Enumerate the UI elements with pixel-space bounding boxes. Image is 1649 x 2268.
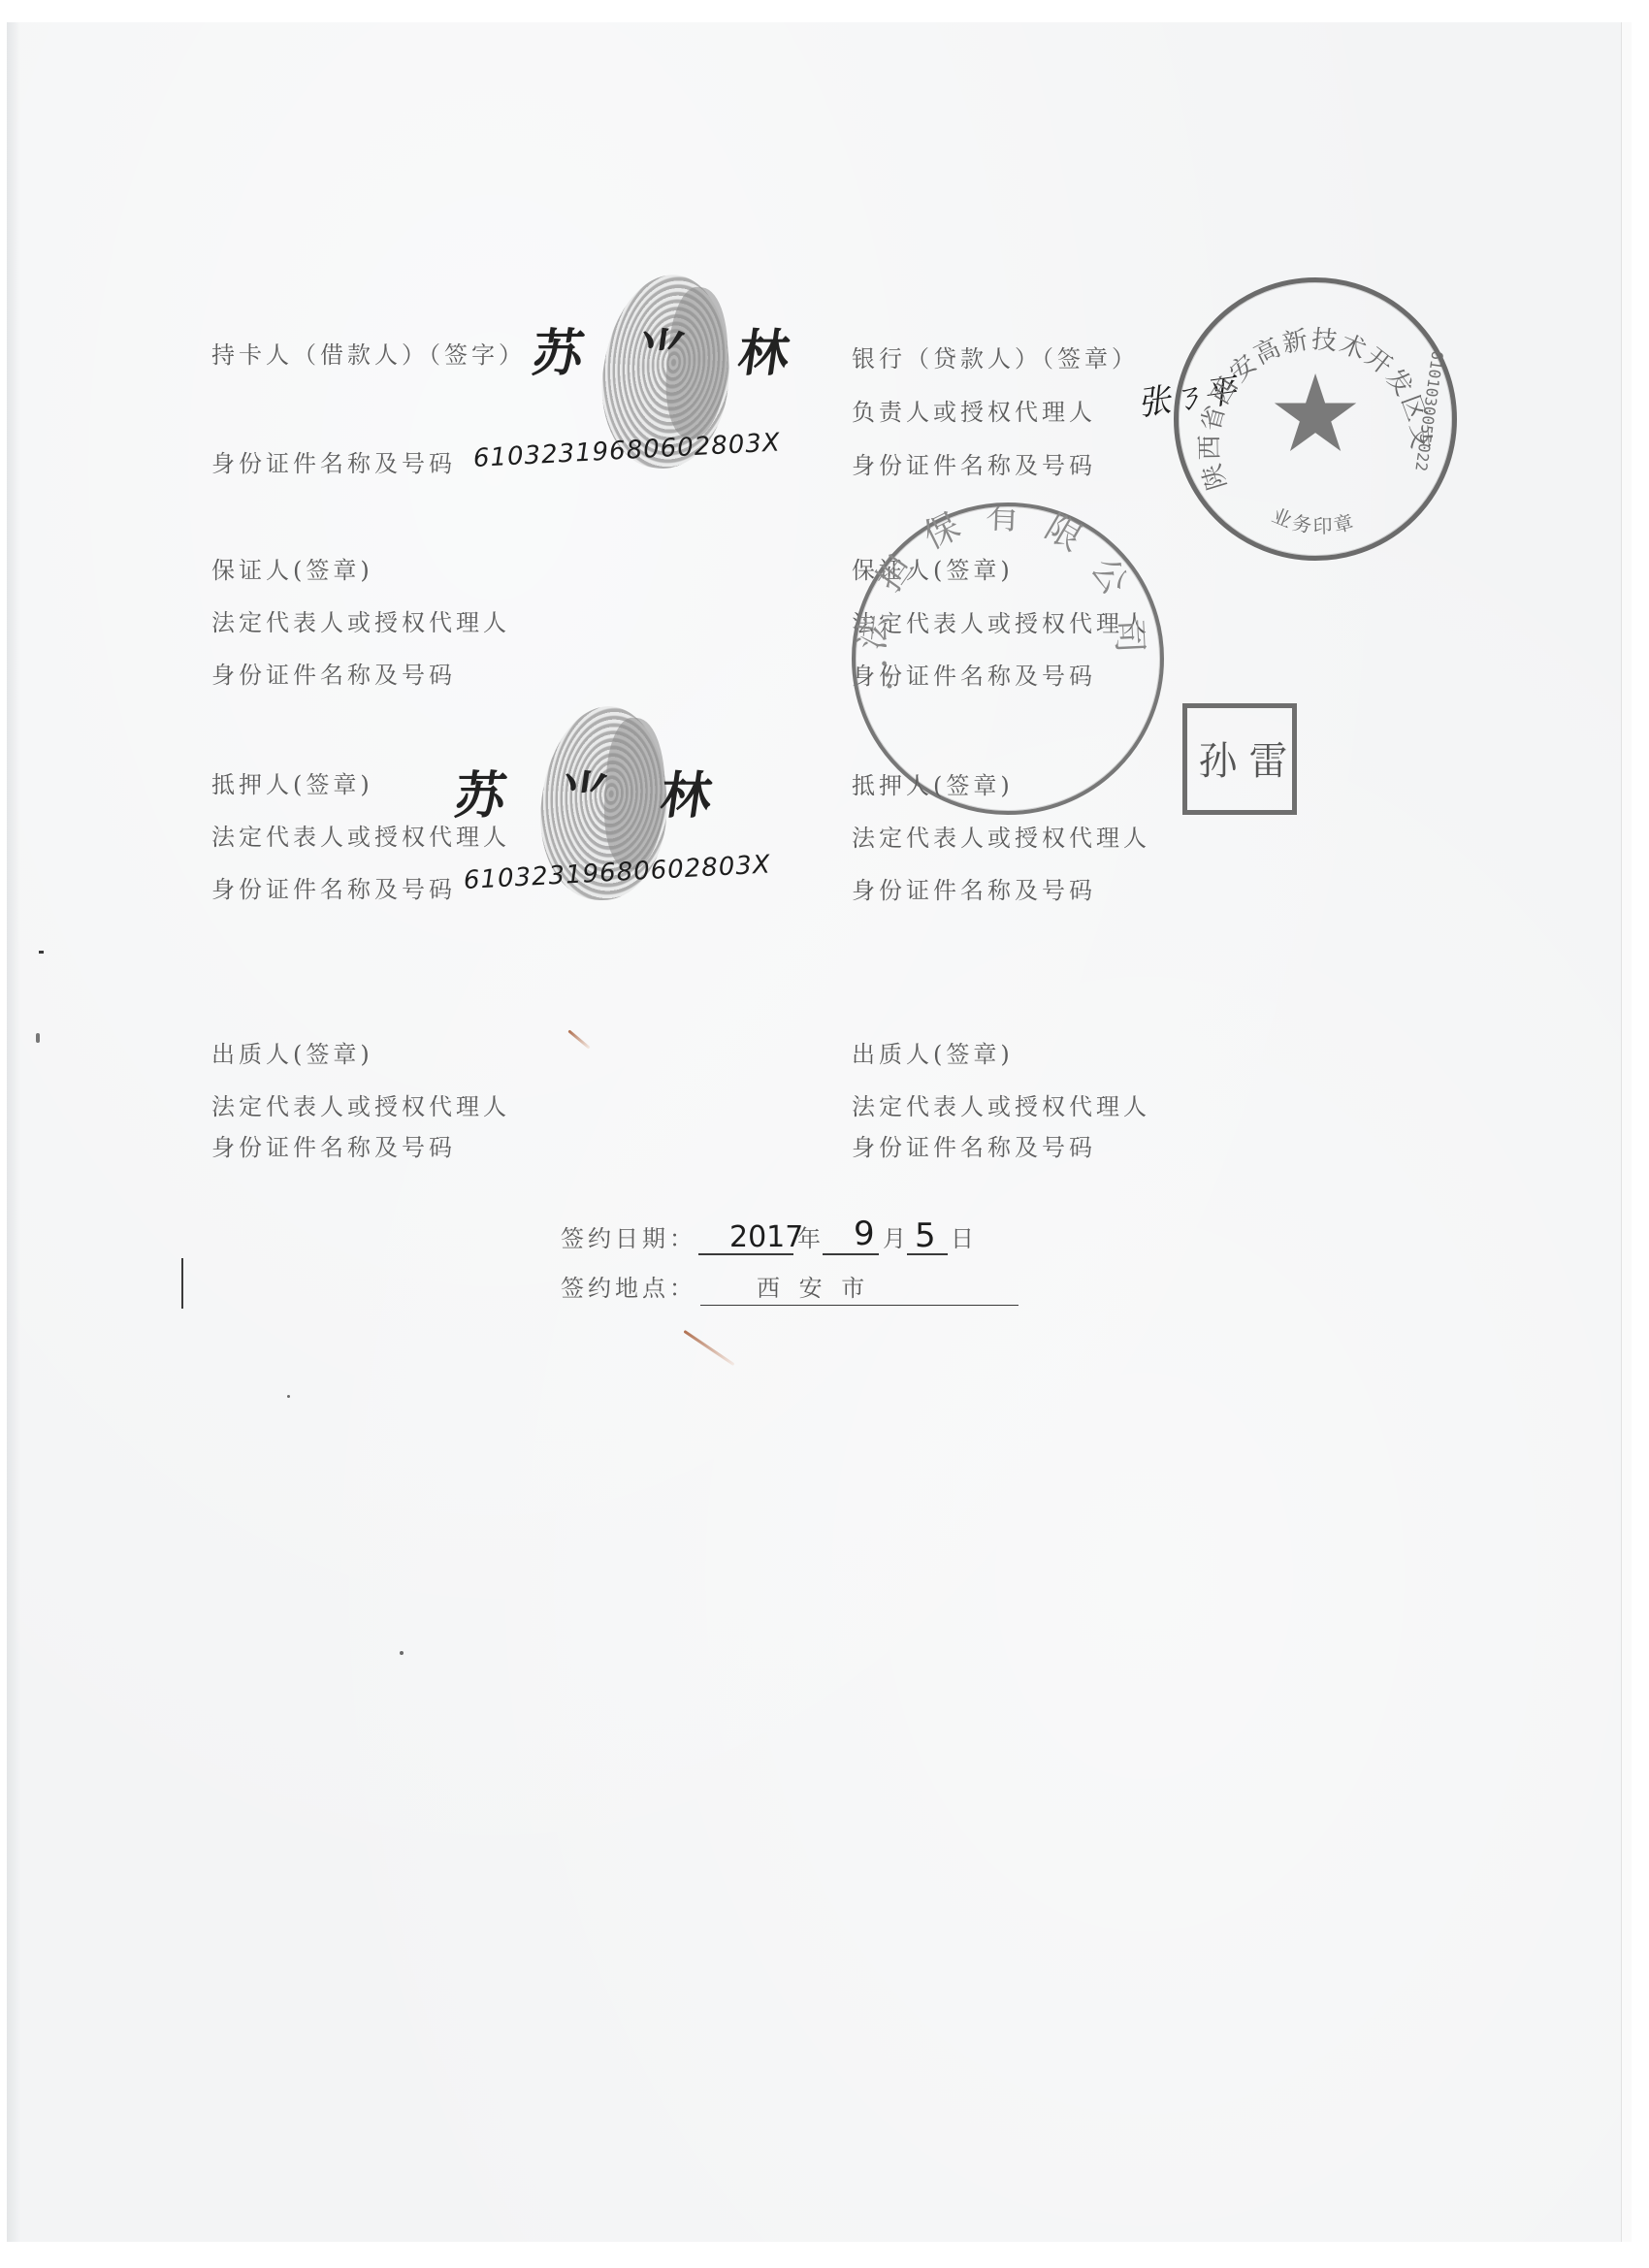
mortgagor-id-label-right: 身份证件名称及号码 [852, 876, 1096, 905]
place-underline [700, 1305, 1018, 1306]
seal-char-1: 雷 [1244, 740, 1286, 779]
bank-rep-label: 负责人或授权代理人 [852, 398, 1096, 427]
guarantor-rep-label-left: 法定代表人或授权代理人 [211, 608, 510, 637]
pledgor-id-label-left: 身份证件名称及号码 [211, 1133, 456, 1162]
pledgor-title-left: 出质人(签章) [211, 1040, 373, 1069]
punch-hole-mark [36, 1033, 40, 1043]
punch-hole-mark [39, 951, 44, 954]
guarantor-id-label-left: 身份证件名称及号码 [211, 661, 456, 690]
mortgagor-title-right: 抵押人(签章) [852, 771, 1014, 800]
pledgor-rep-label-left: 法定代表人或授权代理人 [211, 1092, 510, 1121]
signing-place: 西 安 市 [757, 1274, 870, 1303]
guarantor-company-seal: …法 担 保 有 限 公 司 [852, 502, 1164, 815]
signing-date-label: 签约日期： [561, 1224, 696, 1253]
seal-char-2: 孙 [1193, 740, 1236, 779]
speck [400, 1651, 404, 1655]
margin-mark [181, 1258, 183, 1309]
bank-id-label: 身份证件名称及号码 [852, 451, 1096, 480]
year-unit: 年 [797, 1224, 824, 1253]
pledgor-rep-label-right: 法定代表人或授权代理人 [852, 1092, 1150, 1121]
mortgagor-title-left: 抵押人(签章) [211, 770, 373, 799]
mortgagor-id-label-left: 身份证件名称及号码 [211, 875, 456, 904]
borrower-title: 持卡人（借款人）（签字） [211, 340, 526, 370]
signing-place-label: 签约地点： [561, 1274, 696, 1303]
mortgagor-rep-label-left: 法定代表人或授权代理人 [211, 823, 510, 852]
borrower-id-label: 身份证件名称及号码 [211, 449, 456, 478]
borrower-signature: 苏 ⺌ 林 [529, 312, 813, 385]
mortgagor-signature: 苏 ⺌ 林 [451, 755, 735, 827]
signing-day: 5 [915, 1216, 936, 1255]
speck [287, 1395, 290, 1398]
bank-seal-bottom-text: 业务印章 [1269, 503, 1359, 538]
star-icon: ★ [1268, 361, 1364, 468]
day-unit: 日 [951, 1224, 978, 1253]
signing-year: 2017 [729, 1220, 803, 1254]
svg-text:…法 担 保 有 限 公 司: …法 担 保 有 限 公 司 [856, 506, 1149, 698]
pledgor-title-right: 出质人(签章) [852, 1040, 1014, 1069]
mortgagor-rep-label-right: 法定代表人或授权代理人 [852, 824, 1150, 853]
pledgor-id-label-right: 身份证件名称及号码 [852, 1133, 1096, 1162]
guarantor-seal-text: …法 担 保 有 限 公 司 [856, 506, 1149, 698]
month-underline [823, 1253, 879, 1255]
bank-title: 银行（贷款人）（签章） [852, 344, 1139, 373]
page-edge-shadow [7, 22, 20, 2242]
guarantor-seal-ring: …法 担 保 有 限 公 司 [856, 506, 1160, 811]
bank-seal: 陕西省西安高新技术开发区支行 业务印章 ★ 6101030055022 [1174, 277, 1457, 561]
svg-text:业务印章: 业务印章 [1269, 503, 1359, 538]
personal-name-seal: 雷 孙 [1182, 703, 1297, 815]
guarantor-title-left: 保证人(签章) [211, 556, 373, 585]
month-unit: 月 [883, 1224, 910, 1253]
signing-month: 9 [854, 1215, 875, 1253]
